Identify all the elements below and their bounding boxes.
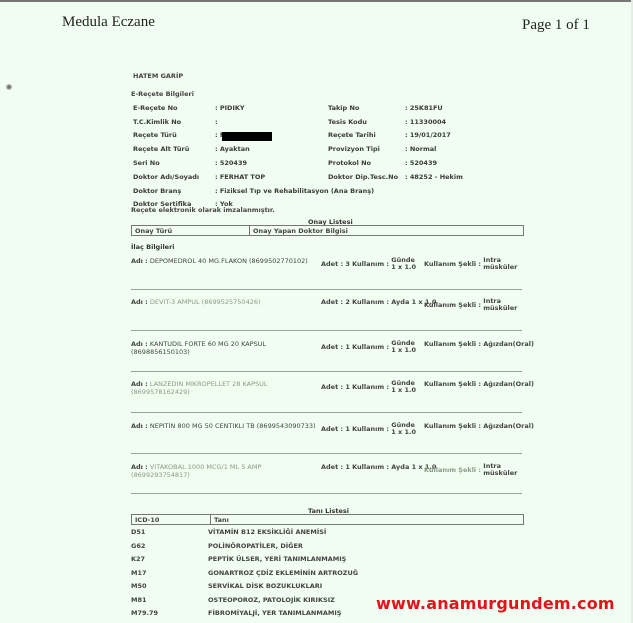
field-label: Doktor Dip.Tesc.No [328, 173, 398, 181]
diagnosis-desc: OSTEOPOROZ, PATOLOJİK KIRIKSIZ [208, 596, 335, 604]
drug-administration: Kullanım Şekli : Intramüsküler [424, 257, 517, 271]
approval-table-header: Onay Türü Onay Yapan Doktor Bilgisi [131, 225, 524, 236]
field-label: Provizyon Tipi [328, 145, 380, 153]
diagnosis-desc: FİBROMİYALJİ, YER TANIMLANMAMIŞ [208, 609, 341, 617]
diagnosis-desc: PEPTİK ÜLSER, YERİ TANIMLANMAMIŞ [208, 555, 346, 563]
field-value: : PIDIKY [215, 104, 245, 112]
approval-col-type: Onay Türü [132, 226, 250, 235]
watermark-url: www.anamurgundem.com [376, 594, 615, 613]
field-label: Tesis Kodu [328, 118, 367, 126]
field-value: : Ayaktan [215, 145, 250, 153]
field-label: Seri No [133, 159, 160, 167]
diagnosis-code: M79.79 [131, 609, 158, 617]
signed-note: Reçete elektronik olarak imzalanmıştır. [131, 206, 275, 214]
drug-item: Adı : KANTUDIL FORTE 60 MG 20 KAPSUL (86… [131, 338, 526, 360]
document-title: Medula Eczane [62, 14, 155, 31]
drug-name: Adı : VITAKOBAL 1000 MCG/1 ML 5 AMP (869… [131, 463, 316, 479]
diagnosis-code: K27 [131, 555, 145, 563]
diagnosis-col-desc: Tanı [211, 515, 523, 524]
field-value: : 19/01/2017 [405, 131, 451, 139]
field-label: Doktor Adı/Soyadı [133, 173, 199, 181]
field-value: : 48252 - Hekim [405, 173, 463, 181]
diagnosis-code: M17 [131, 569, 147, 577]
diagnosis-table-header: ICD-10 Tanı [131, 514, 524, 525]
field-value: : 11330004 [405, 118, 446, 126]
drug-separator [131, 453, 522, 454]
field-label: Reçete Tarihi [328, 131, 376, 139]
field-value: : Normal [405, 145, 436, 153]
field-label: Protokol No [328, 159, 371, 167]
field-label: Reçete Alt Türü [133, 145, 189, 153]
diagnosis-desc: SERVİKAL DİSK BOZUKLUKLARI [208, 582, 322, 590]
drug-quantity-usage: Adet : 3 Kullanım : Günde1 x 1.0 [321, 257, 416, 271]
drug-quantity-usage: Adet : 2 Kullanım : Ayda 1 x 1.0 [321, 298, 436, 306]
drug-item: Adı : DEVIT-3 AMPUL (8699525750426)Adet … [131, 296, 526, 318]
field-value: : 520439 [405, 159, 437, 167]
drug-administration: Kullanım Şekli : Ağızdan(Oral) [424, 422, 534, 430]
field-label: Reçete Türü [133, 131, 177, 139]
drug-separator [131, 371, 522, 372]
scan-top-edge [0, 0, 633, 2]
field-label: Takip No [328, 104, 359, 112]
drug-quantity-usage: Adet : 1 Kullanım : Günde1 x 1.0 [321, 340, 416, 354]
field-label: E-Reçete No [133, 104, 178, 112]
drug-name: Adı : DEVIT-3 AMPUL (8699525750426) [131, 298, 316, 306]
field-value: : FERHAT TOP [215, 173, 265, 181]
approval-col-doctor: Onay Yapan Doktor Bilgisi [250, 226, 523, 235]
diagnosis-code: M81 [131, 596, 147, 604]
drug-separator [131, 289, 522, 290]
scan-smudge [5, 84, 13, 90]
redacted-id-box [222, 132, 272, 141]
drug-item: Adı : VITAKOBAL 1000 MCG/1 ML 5 AMP (869… [131, 461, 526, 483]
drug-item: Adı : NEPITIN 800 MG 50 CENTIKLI TB (869… [131, 420, 526, 442]
drug-name: Adı : DEPOMEDROL 40 MG.FLAKON (869950277… [131, 257, 316, 265]
patient-name: HATEM GARİP [133, 72, 183, 80]
drug-administration: Kullanım Şekli : Ağızdan(Oral) [424, 340, 534, 348]
drug-name: Adı : KANTUDIL FORTE 60 MG 20 KAPSUL (86… [131, 340, 316, 356]
drug-separator [131, 493, 522, 494]
drugs-section-title: İlaç Bilgileri [131, 243, 175, 251]
drug-quantity-usage: Adet : 1 Kullanım : Ayda 1 x 1.0 [321, 463, 436, 471]
drug-name: Adı : LANZEDIN MIKROPELLET 28 KAPSUL (86… [131, 380, 316, 396]
diagnosis-desc: GONARTROZ ÇDİZ EKLEMİNİN ARTROZUĞ [208, 569, 358, 577]
drug-separator [131, 330, 522, 331]
prescription-section-title: E-Reçete Bilgileri [131, 90, 194, 98]
field-value: : Fiziksel Tıp ve Rehabilitasyon (Ana Br… [215, 187, 374, 195]
field-value: : 25K81FU [405, 104, 443, 112]
diagnosis-code: D51 [131, 528, 145, 536]
drug-item: Adı : LANZEDIN MIKROPELLET 28 KAPSUL (86… [131, 378, 526, 400]
drug-administration: Kullanım Şekli : Ağızdan(Oral) [424, 380, 534, 388]
page-indicator: Page 1 of 1 [522, 17, 590, 34]
field-label: Doktor Branş [133, 187, 181, 195]
drug-name: Adı : NEPITIN 800 MG 50 CENTIKLI TB (869… [131, 422, 316, 430]
field-value: : 520439 [215, 159, 247, 167]
drug-item: Adı : DEPOMEDROL 40 MG.FLAKON (869950277… [131, 255, 526, 277]
diagnosis-desc: POLİNÖROPATİLER, DİĞER [208, 542, 303, 550]
field-label: T.C.Kimlik No [133, 118, 181, 126]
drug-quantity-usage: Adet : 1 Kullanım : Günde1 x 1.0 [321, 422, 416, 436]
diagnosis-code: G62 [131, 542, 145, 550]
field-value: : [215, 118, 218, 126]
drug-separator [131, 412, 522, 413]
drug-administration: Kullanım Şekli : Intramüsküler [424, 463, 517, 477]
drug-quantity-usage: Adet : 1 Kullanım : Günde1 x 1.0 [321, 380, 416, 394]
drug-administration: Kullanım Şekli : Intramüsküler [424, 298, 517, 312]
diagnosis-code: M50 [131, 582, 147, 590]
diagnosis-desc: VİTAMİN B12 EKSİKLİĞİ ANEMİSİ [208, 528, 326, 536]
diagnosis-col-code: ICD-10 [132, 515, 211, 524]
